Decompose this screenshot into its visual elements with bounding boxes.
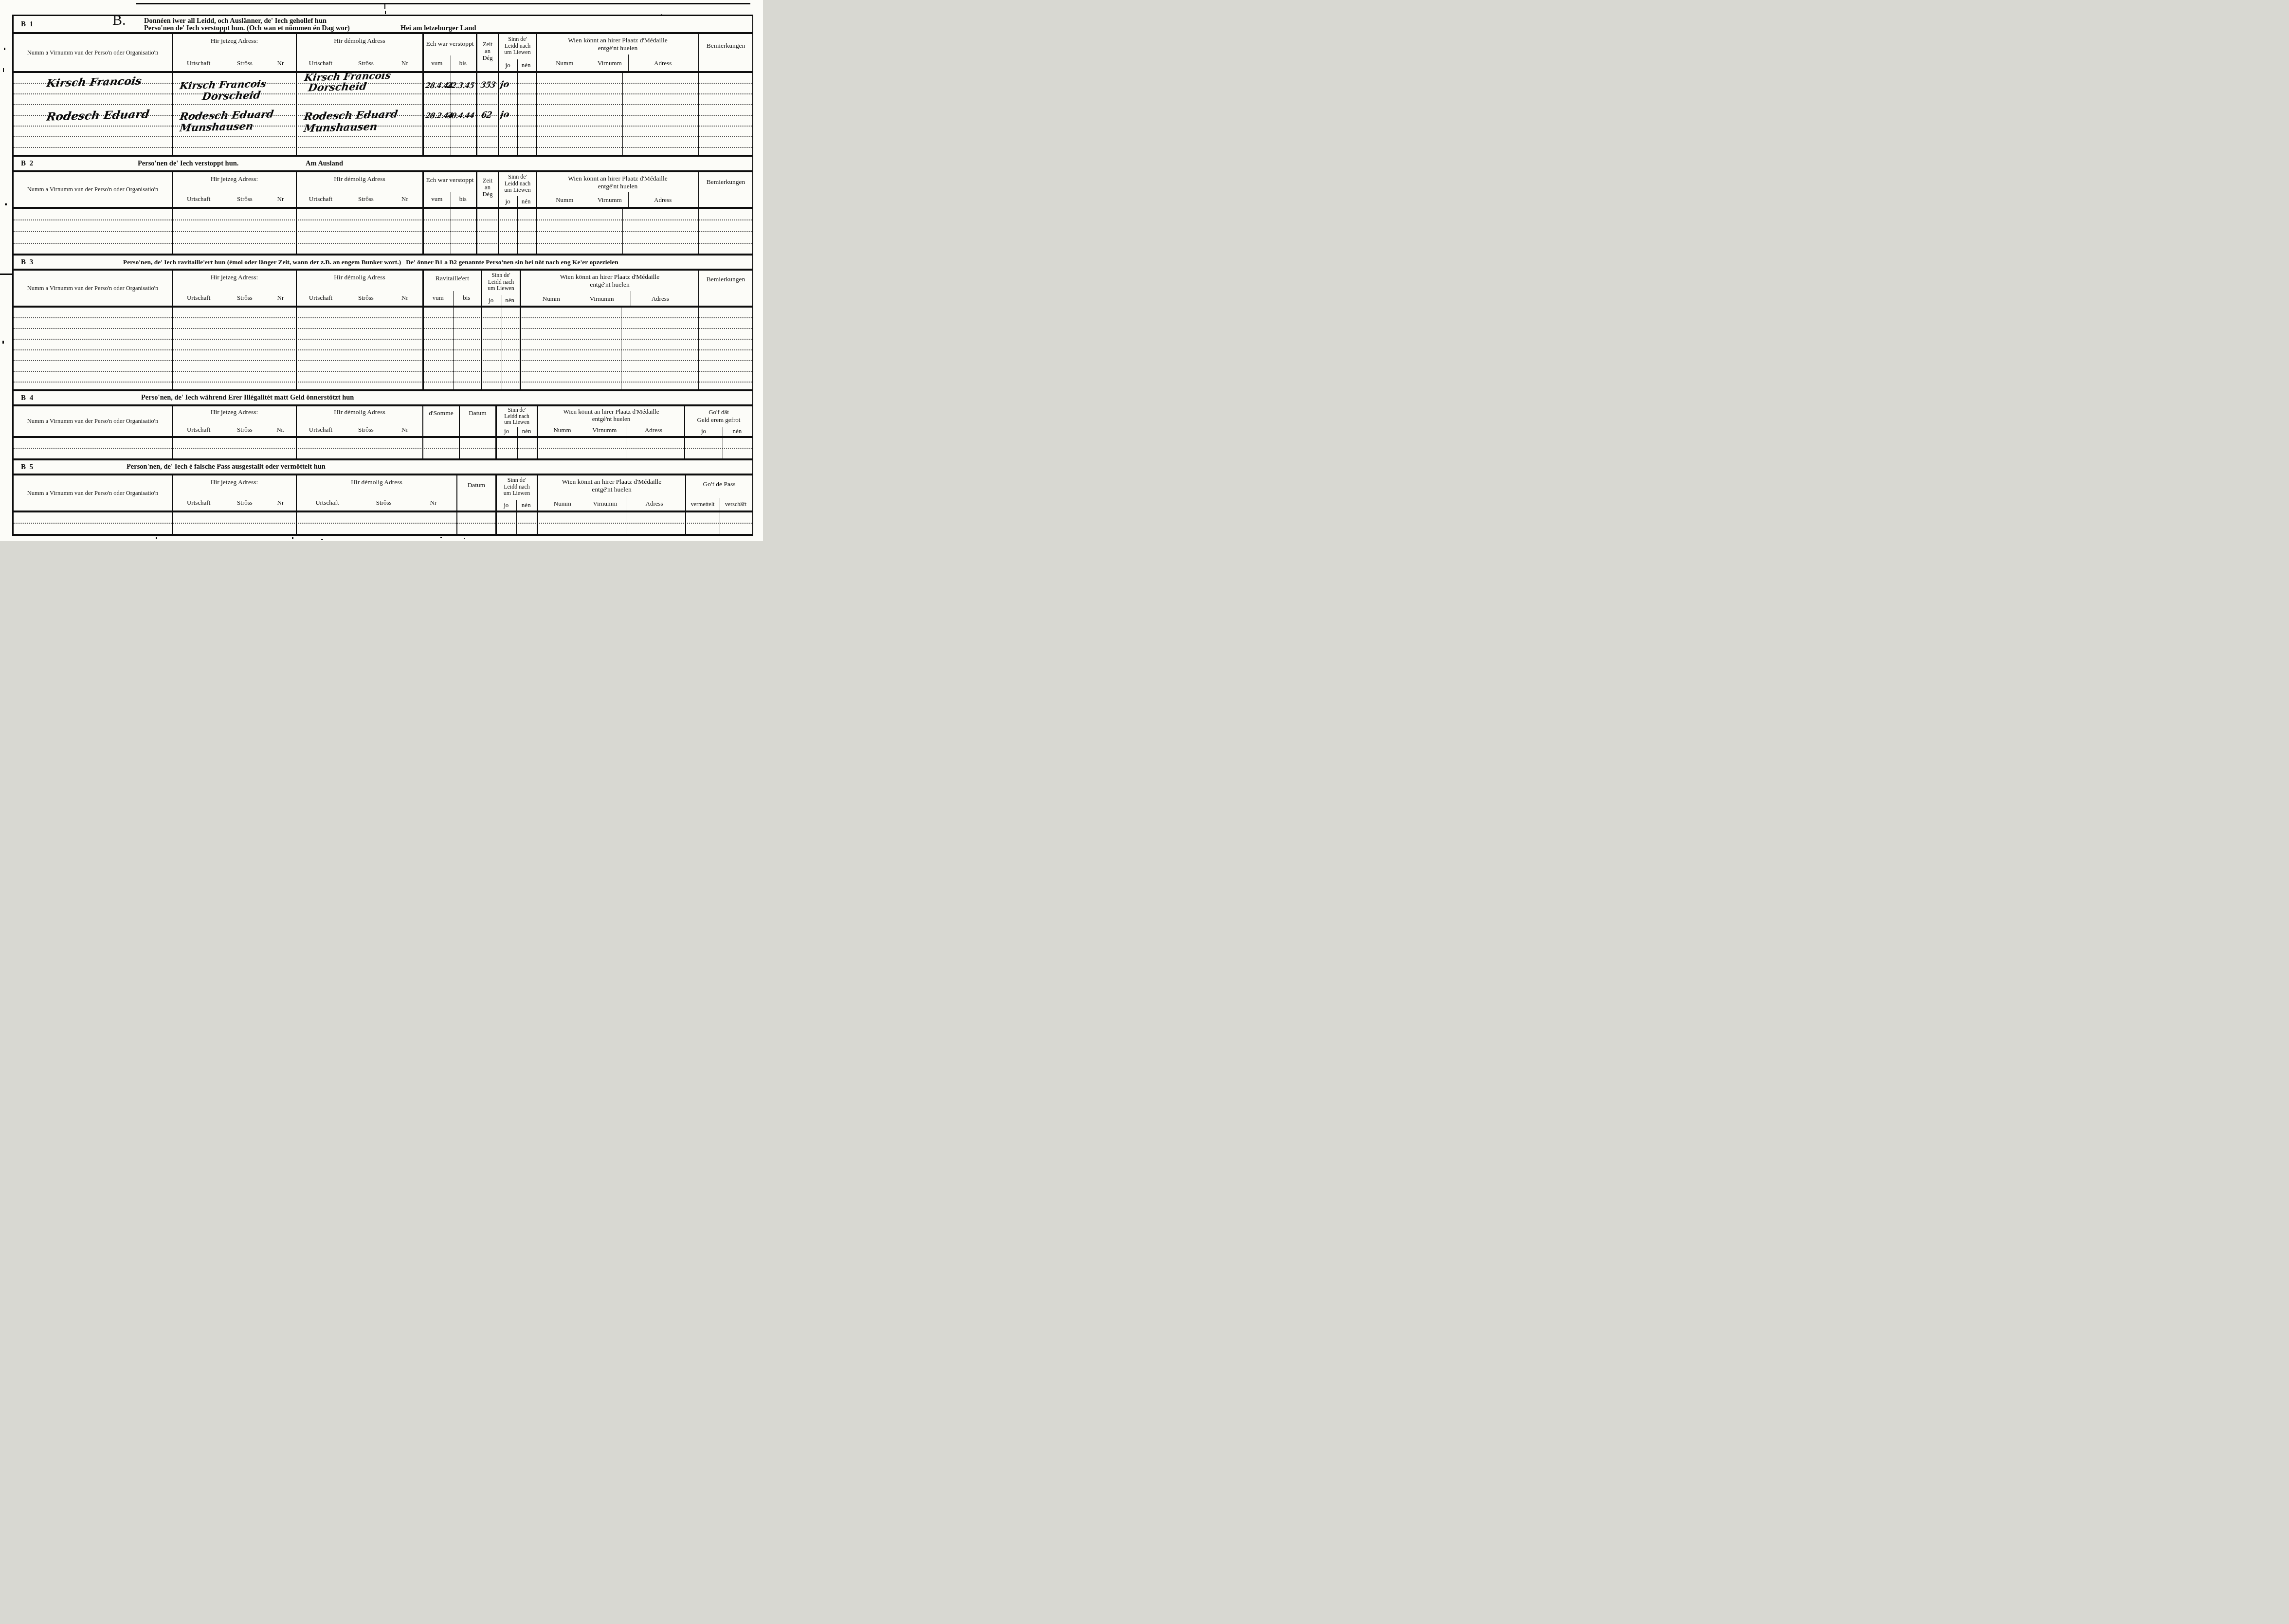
col-bis: bis [450, 59, 476, 67]
handwriting-b1-r1-deg: 353 [480, 80, 496, 90]
handwriting-b1-r1-jetzeg-2: Dorscheid [201, 89, 261, 102]
b3-col-ravitailleert: Ravitaille'ert vum bis [422, 271, 481, 306]
speck [4, 48, 5, 50]
b3-col-medal: Wien könnt an hirer Plaatz d'Médaille en… [520, 271, 698, 306]
b1-col-zeit-an-deg: Zeit an Dég [476, 34, 498, 71]
b3-col-alive: Sinn de' Leidd nach um Liewen jo nén [481, 271, 520, 306]
b5-data-area [14, 512, 752, 534]
b2-data-area [14, 209, 752, 254]
speck [292, 537, 293, 539]
handwriting-b1-r2-deg: 62 [480, 110, 493, 120]
col-jo: jo [499, 61, 516, 69]
section-b5-title-band: B 5 Person'nen, de' Iech é falsche Pass … [14, 458, 752, 475]
table-bottom-rule [14, 534, 752, 536]
b4-column-header: Numm a Virnumm vun der Perso'n oder Orga… [14, 406, 752, 438]
b2-col-current-address: Hir jetzeg Adress: Urtschaft Strôss Nr [172, 172, 296, 207]
b5-col-current-address: Hir jetzeg Adress: Urtschaft Strôss Nr [172, 475, 296, 511]
handwriting-b1-r1-demolig-2: Dorscheid [308, 80, 367, 93]
b2-col-zeit-an-deg: Zeit an Dég [476, 172, 498, 207]
b3-col-current-address: Hir jetzeg Adress: Urtschaft Strôss Nr [172, 271, 296, 306]
handwriting-b1-r2-demolig-2: Munshausen [303, 120, 379, 134]
handwriting-b1-r2-name: Rodesch Eduard [46, 108, 150, 123]
b4-data-area [14, 438, 752, 458]
b3-column-header: Numm a Virnumm vun der Perso'n oder Orga… [14, 271, 752, 308]
b5-col-datum: Datum [456, 475, 495, 511]
b2-col-hidden: Ech war verstoppt vum bis [422, 172, 476, 207]
b4-col-medal: Wien könnt an hirer Plaatz d'Médaille en… [537, 406, 684, 436]
col-urtschaft: Urtschaft [173, 59, 224, 67]
scanned-form-page: B 1 B. Donnéen iwer all Leidd, och Auslä… [0, 0, 763, 541]
b5-col-name-org: Numm a Virnumm vun der Perso'n oder Orga… [14, 475, 172, 511]
col-numm: Numm [537, 59, 592, 67]
handwriting-b1-r1-bis: 22.3.45 [446, 81, 475, 90]
handwriting-b1-r1-alive: jo [499, 79, 510, 90]
section-b4-title-band: B 4 Perso'nen, de' Iech während Erer Ill… [14, 389, 752, 406]
speck [2, 341, 4, 344]
b1-id-label: B 1 [21, 20, 34, 28]
b4-col-datum: Datum [459, 406, 495, 436]
b4-col-current-address: Hir jetzeg Adress: Urtschaft Strôss Nr. [172, 406, 296, 436]
b1-col-name-org: Numm a Virnumm vun der Perso'n oder Orga… [14, 34, 172, 71]
b4-id-label: B 4 [21, 394, 34, 402]
b4-title: Perso'nen, de' Iech während Erer Illégal… [141, 394, 354, 401]
section-b1-title-band: B 1 B. Donnéen iwer all Leidd, och Auslä… [14, 16, 752, 34]
b3-note: De' önner B1 a B2 genannte Perso'nen sin… [406, 258, 618, 266]
col-nr: Nr [387, 59, 422, 67]
col-stross: Strôss [224, 59, 265, 67]
b2-col-former-address: Hir démolig Adress Urtschaft Strôss Nr [296, 172, 422, 207]
speck [156, 537, 157, 539]
col-nr: Nr [265, 59, 296, 67]
b1-big-letter: B. [112, 17, 126, 24]
b1-col-bemierkungen: Bemierkungen [698, 34, 752, 71]
b3-col-name-org: Numm a Virnumm vun der Perso'n oder Orga… [14, 271, 172, 306]
b5-col-alive: Sinn de' Leidd nach um Liewen jo nén [495, 475, 537, 511]
b5-id-label: B 5 [21, 463, 34, 471]
b2-id-label: B 2 [21, 160, 34, 168]
b5-col-former-address: Hir démolig Adress Urtschaft Strôss Nr [296, 475, 456, 511]
handwriting-b1-r2-demolig-1: Rodesch Eduard [303, 108, 399, 122]
b4-col-name-org: Numm a Virnumm vun der Perso'n oder Orga… [14, 406, 172, 436]
speck [440, 537, 442, 538]
col-stross: Strôss [345, 59, 387, 67]
speck [321, 539, 323, 540]
b3-title: Perso'nen, de' Iech ravitaille'ert hun (… [123, 258, 618, 266]
margin-dash [0, 274, 13, 275]
b4-col-dsomme: d'Somme [422, 406, 459, 436]
b3-col-bemierkungen: Bemierkungen [698, 271, 752, 306]
b3-id-label: B 3 [21, 258, 34, 266]
b1-col-hidden: Ech war verstoppt vum bis [422, 34, 476, 71]
col-virnumm: Virnumm [592, 59, 628, 67]
b2-subtitle: Am Ausland [306, 160, 343, 167]
b1-title-line1: Donnéen iwer all Leidd, och Auslänner, d… [144, 17, 327, 25]
b2-col-alive: Sinn de' Leidd nach um Liewen jo nén [498, 172, 536, 207]
b3-data-area [14, 308, 752, 389]
b1-data-area: Kirsch Francois Kirsch Francois Dorschei… [14, 73, 752, 155]
speck [464, 538, 465, 539]
speck [3, 68, 4, 72]
b1-column-header: Numm a Virnumm vun der Perso'n oder Orga… [14, 34, 752, 73]
scan-tick [385, 11, 386, 14]
b1-col-alive: Sinn de' Leidd nach um Liewen jo nén [498, 34, 536, 71]
section-b3-title-band: B 3 Perso'nen, de' Iech ravitaille'ert h… [14, 254, 752, 271]
col-vum: vum [424, 59, 450, 67]
b4-col-former-address: Hir démolig Adress Urtschaft Strôss Nr [296, 406, 422, 436]
b2-col-bemierkungen: Bemierkungen [698, 172, 752, 207]
b1-col-medal: Wien könnt an hirer Plaatz d'Médaille en… [536, 34, 698, 71]
section-b2-title-band: B 2 Perso'nen de' Iech verstoppt hun. Am… [14, 155, 752, 172]
col-adress: Adress [627, 59, 698, 67]
handwriting-b1-r2-jetzeg-2: Munshausen [179, 120, 254, 134]
b1-title-line2-right: Hei am letzeburger Land [400, 24, 476, 32]
b2-column-header: Numm a Virnumm vun der Perso'n oder Orga… [14, 172, 752, 209]
b1-col-current-address: Hir jetzeg Adress: Urtschaft Strôss Nr [172, 34, 296, 71]
b5-column-header: Numm a Virnumm vun der Perso'n oder Orga… [14, 475, 752, 512]
b2-col-medal: Wien könnt an hirer Plaatz d'Médaille en… [536, 172, 698, 207]
scan-tick [384, 4, 385, 9]
speck [5, 203, 7, 205]
b1-col-former-address: Hir démolig Adress Urtschaft Strôss Nr [296, 34, 422, 71]
b2-col-name-org: Numm a Virnumm vun der Perso'n oder Orga… [14, 172, 172, 207]
scan-top-rule [136, 3, 750, 4]
b5-col-medal: Wien könnt an hirer Plaatz d'Médaille en… [537, 475, 685, 511]
handwriting-b1-r1-name: Kirsch Francois [46, 74, 143, 90]
b1-title-line2: Perso'nen de' Iech verstoppt hun. (Och w… [144, 24, 350, 32]
b3-col-former-address: Hir démolig Adress Urtschaft Strôss Nr [296, 271, 422, 306]
form-table: B 1 B. Donnéen iwer all Leidd, och Auslä… [12, 15, 753, 536]
col-nen: nén [516, 61, 536, 69]
b5-col-pass-given: Go'f de Pass vermettelt verschâft [685, 475, 752, 511]
b4-col-money-back: Go'f dât Geld erem gefrot jo nén [684, 406, 752, 436]
b5-title: Person'nen, de' Iech é falsche Pass ausg… [127, 463, 326, 471]
b2-title: Perso'nen de' Iech verstoppt hun. [138, 160, 238, 167]
handwriting-b1-r2-bis: 30.4.44 [446, 111, 475, 120]
handwriting-b1-r2-alive: jo [499, 109, 510, 120]
col-urtschaft: Urtschaft [297, 59, 345, 67]
b4-col-alive: Sinn de' Leidd nach um Liewen jo nén [495, 406, 537, 436]
